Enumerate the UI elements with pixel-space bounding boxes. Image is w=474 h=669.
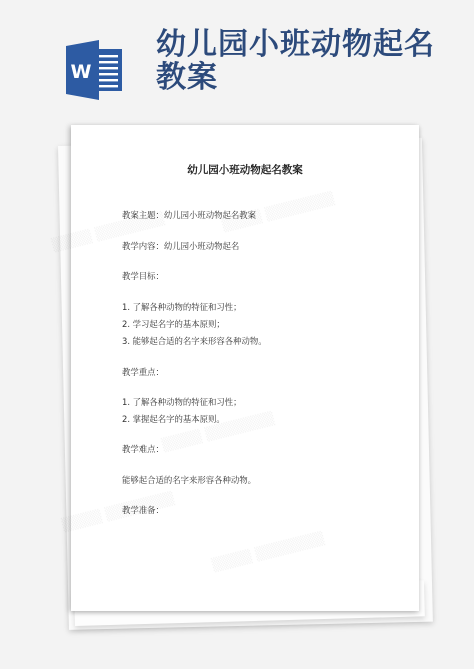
difficulties-heading: 教学难点：: [122, 443, 164, 455]
preparation-heading: 教学准备：: [122, 504, 164, 516]
document-title: 幼儿园小班动物起名教案: [71, 162, 419, 177]
header-banner: W 幼儿园小班动物起名教案: [0, 0, 474, 120]
page-heading: 幼儿园小班动物起名教案: [156, 28, 436, 94]
goal-item: 3. 能够起合适的名字来形容各种动物。: [122, 335, 267, 347]
watermark: ▒▒▒▒ ▒▒▒▒▒▒▒: [211, 531, 326, 573]
word-document-icon: W: [66, 40, 128, 100]
difficulty-item: 能够起合适的名字来形容各种动物。: [122, 474, 256, 486]
goal-item: 1. 了解各种动物的特征和习性；: [122, 301, 242, 313]
key-point-item: 2. 掌握起名字的基本原则。: [122, 413, 225, 425]
svg-text:W: W: [71, 61, 92, 83]
goal-item: 2. 学习起名字的基本原则；: [122, 318, 225, 330]
lesson-topic: 教案主题：幼儿园小班动物起名教案: [122, 209, 256, 221]
lesson-content: 教学内容：幼儿园小班动物起名: [122, 240, 239, 252]
goals-heading: 教学目标：: [122, 270, 164, 282]
document-page: ▒▒▒▒ ▒▒▒▒▒▒▒ ▒▒▒▒ ▒▒▒▒▒▒▒ ▒▒▒▒ ▒▒▒▒▒▒▒ ▒…: [71, 125, 419, 611]
key-points-heading: 教学重点：: [122, 366, 164, 378]
key-point-item: 1. 了解各种动物的特征和习性；: [122, 396, 242, 408]
